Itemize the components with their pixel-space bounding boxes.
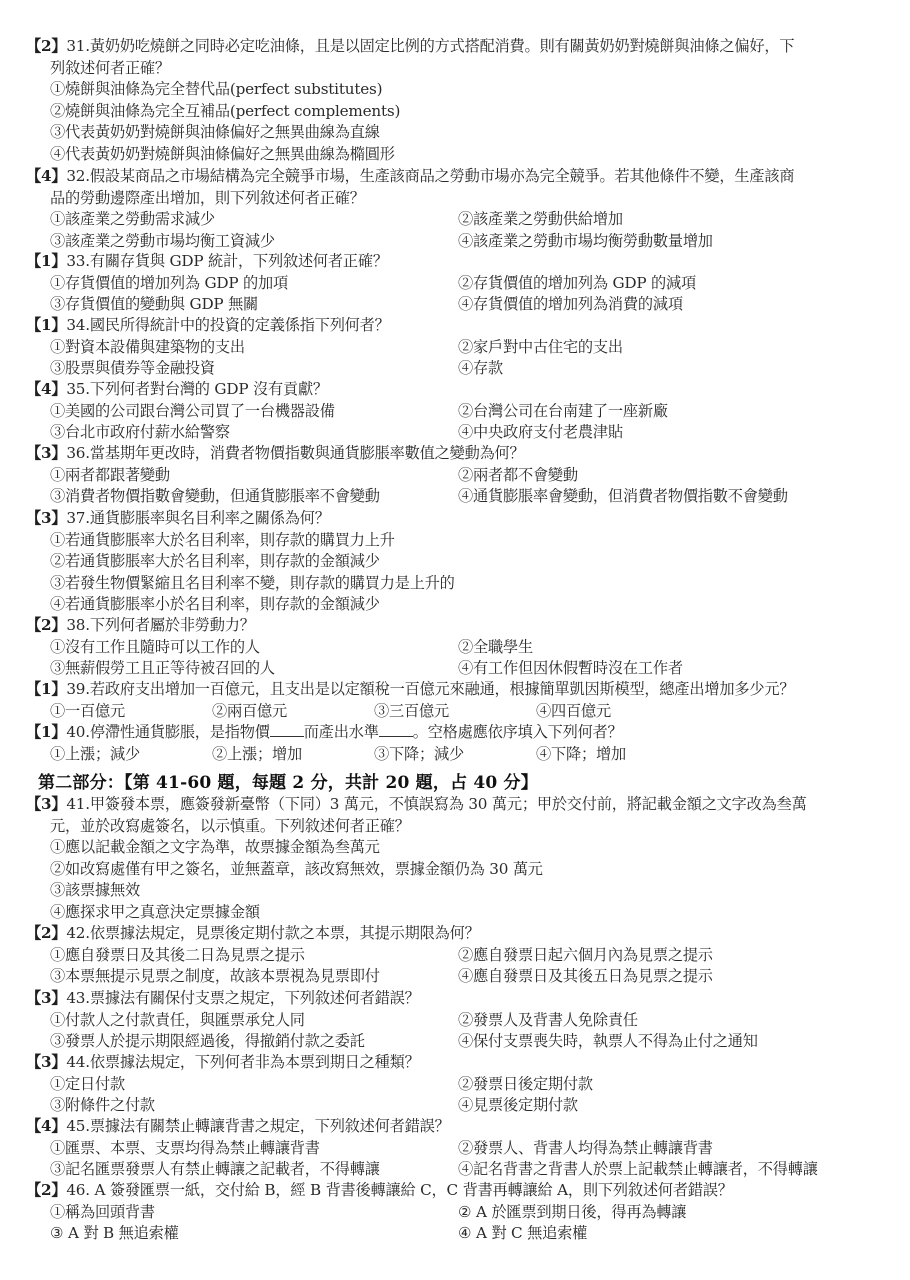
- question-stem: 46. A 簽發匯票一紙，交付給 B，經 B 背書後轉讓給 C，C 背書再轉讓給…: [66, 1181, 732, 1199]
- question-stem-continued: 元，並於改寫處簽名，以示慎重。下列敘述何者正確？: [26, 816, 896, 838]
- option-3: ③本票無提示見票之制度，故該本票視為見票即付: [50, 966, 458, 988]
- question-stem: 41.甲簽發本票，應簽發新臺幣（下同）3 萬元，不慎誤寫為 30 萬元；甲於交付…: [66, 795, 806, 813]
- question-40: 【1】40.停滯性通貨膨脹，是指物價而產出水準。空格處應依序填入下列何者？ ①上…: [26, 722, 896, 765]
- option-4: ④下降；增加: [536, 744, 698, 766]
- question-44: 【3】44.依票據法規定，下列何者非為本票到期日之種類？ ①定日付款 ②發票日後…: [26, 1052, 896, 1117]
- option-1: ①應以記載金額之文字為準，故票據金額為叁萬元: [26, 837, 896, 859]
- option-2: ②兩百億元: [212, 701, 374, 723]
- question-stem: 42.依票據法規定，見票後定期付款之本票，其提示期限為何？: [66, 924, 479, 942]
- answer-key: 【3】: [26, 1053, 66, 1071]
- option-4: ④該產業之勞動市場均衡勞動數量增加: [458, 231, 878, 253]
- option-1: ①該產業之勞動需求減少: [50, 209, 458, 231]
- option-3: ③股票與債券等金融投資: [50, 358, 458, 380]
- answer-key: 【3】: [26, 795, 66, 813]
- question-stem: 33.有關存貨與 GDP 統計，下列敘述何者正確？: [66, 252, 388, 270]
- option-1: ①沒有工作且隨時可以工作的人: [50, 637, 458, 659]
- option-2: ②燒餅與油條為完全互補品(perfect complements): [26, 101, 896, 123]
- option-1: ①美國的公司跟台灣公司買了一台機器設備: [50, 401, 458, 423]
- option-4: ④應自發票日及其後五日為見票之提示: [458, 966, 878, 988]
- option-4: ④四百億元: [536, 701, 698, 723]
- answer-key: 【3】: [26, 509, 66, 527]
- option-3: ③下降；減少: [374, 744, 536, 766]
- answer-key: 【3】: [26, 444, 66, 462]
- question-stem: 34.國民所得統計中的投資的定義係指下列何者？: [66, 316, 389, 334]
- question-stem: 37.通貨膨脹率與名目利率之關係為何？: [66, 509, 329, 527]
- answer-key: 【1】: [26, 723, 66, 741]
- option-2: ②發票人、背書人均得為禁止轉讓背書: [458, 1138, 878, 1160]
- option-2: ②家戶對中古住宅的支出: [458, 337, 878, 359]
- option-2: ②全職學生: [458, 637, 878, 659]
- option-3: ③三百億元: [374, 701, 536, 723]
- question-45: 【4】45.票據法有關禁止轉讓背書之規定，下列敘述何者錯誤？ ①匯票、本票、支票…: [26, 1116, 896, 1181]
- answer-key: 【1】: [26, 316, 66, 334]
- question-36: 【3】36.當基期年更改時，消費者物價指數與通貨膨脹率數值之變動為何？ ①兩者都…: [26, 443, 896, 508]
- option-2: ② A 於匯票到期日後，得再為轉讓: [458, 1202, 878, 1224]
- option-4: ④記名背書之背書人於票上記載禁止轉讓者，不得轉讓: [458, 1159, 878, 1181]
- option-3: ③附條件之付款: [50, 1095, 458, 1117]
- option-1: ①定日付款: [50, 1074, 458, 1096]
- question-35: 【4】35.下列何者對台灣的 GDP 沒有貢獻？ ①美國的公司跟台灣公司買了一台…: [26, 379, 896, 444]
- option-4: ④存貨價值的增加列為消費的減項: [458, 294, 878, 316]
- question-stem-part-b: 而產出水準: [304, 723, 379, 741]
- section-two-heading: 第二部分：【第 41-60 題，每題 2 分，共計 20 題，占 40 分】: [38, 768, 538, 793]
- option-3: ③記名匯票發票人有禁止轉讓之記載者，不得轉讓: [50, 1159, 458, 1181]
- option-4: ④ A 對 C 無追索權: [458, 1223, 878, 1245]
- option-1: ①稱為回頭背書: [50, 1202, 458, 1224]
- option-1: ①兩者都跟著變動: [50, 465, 458, 487]
- option-2: ②兩者都不會變動: [458, 465, 878, 487]
- question-38: 【2】38.下列何者屬於非勞動力？ ①沒有工作且隨時可以工作的人 ②全職學生 ③…: [26, 615, 896, 680]
- question-stem: 43.票據法有關保付支票之規定，下列敘述何者錯誤？: [66, 989, 419, 1007]
- option-3: ③台北市政府付薪水給警察: [50, 422, 458, 444]
- option-3: ③發票人於提示期限經過後，得撤銷付款之委託: [50, 1031, 458, 1053]
- option-2: ②該產業之勞動供給增加: [458, 209, 878, 231]
- question-stem: 32.假設某商品之市場結構為完全競爭市場，生產該商品之勞動市場亦為完全競爭。若其…: [66, 167, 794, 185]
- option-4: ④若通貨膨脹率小於名目利率，則存款的金額減少: [26, 594, 896, 616]
- option-4: ④通貨膨脹率會變動，但消費者物價指數不會變動: [458, 486, 878, 508]
- option-1: ①一百億元: [50, 701, 212, 723]
- option-2: ②應自發票日起六個月內為見票之提示: [458, 945, 878, 967]
- question-stem-continued: 品的勞動邊際產出增加，則下列敘述何者正確？: [26, 188, 896, 210]
- question-stem: 39.若政府支出增加一百億元，且支出是以定額稅一百億元來融通，根據簡單凱因斯模型…: [66, 680, 794, 698]
- option-2: ②存貨價值的增加列為 GDP 的減項: [458, 273, 878, 295]
- option-1: ①匯票、本票、支票均得為禁止轉讓背書: [50, 1138, 458, 1160]
- answer-key: 【2】: [26, 1181, 66, 1199]
- question-42: 【2】42.依票據法規定，見票後定期付款之本票，其提示期限為何？ ①應自發票日及…: [26, 923, 896, 988]
- question-39: 【1】39.若政府支出增加一百億元，且支出是以定額稅一百億元來融通，根據簡單凱因…: [26, 679, 896, 722]
- option-3: ③該票據無效: [26, 880, 896, 902]
- question-37: 【3】37.通貨膨脹率與名目利率之關係為何？ ①若通貨膨脹率大於名目利率，則存款…: [26, 508, 896, 616]
- option-2: ②台灣公司在台南建了一座新廠: [458, 401, 878, 423]
- question-stem: 35.下列何者對台灣的 GDP 沒有貢獻？: [66, 380, 328, 398]
- option-4: ④應探求甲之真意決定票據金額: [26, 902, 896, 924]
- option-1: ①對資本設備與建築物的支出: [50, 337, 458, 359]
- question-stem: 31.黃奶奶吃燒餅之同時必定吃油條，且是以固定比例的方式搭配消費。則有關黃奶奶對…: [66, 37, 794, 55]
- fill-blank-1: [270, 722, 304, 737]
- option-3: ③ A 對 B 無追索權: [50, 1223, 458, 1245]
- answer-key: 【3】: [26, 989, 66, 1007]
- question-32: 【4】32.假設某商品之市場結構為完全競爭市場，生產該商品之勞動市場亦為完全競爭…: [26, 166, 896, 252]
- option-2: ②發票人及背書人免除責任: [458, 1010, 878, 1032]
- answer-key: 【1】: [26, 680, 66, 698]
- option-3: ③若發生物價緊縮且名目利率不變，則存款的購買力是上升的: [26, 573, 896, 595]
- question-stem: 36.當基期年更改時，消費者物價指數與通貨膨脹率數值之變動為何？: [66, 444, 524, 462]
- option-4: ④存款: [458, 358, 878, 380]
- option-1: ①付款人之付款責任，與匯票承兌人同: [50, 1010, 458, 1032]
- question-stem-part-c: 。空格處應依序填入下列何者？: [413, 723, 623, 741]
- option-3: ③代表黃奶奶對燒餅與油條偏好之無異曲線為直線: [26, 122, 896, 144]
- question-stem: 45.票據法有關禁止轉讓背書之規定，下列敘述何者錯誤？: [66, 1117, 449, 1135]
- option-1: ①燒餅與油條為完全替代品(perfect substitutes): [26, 79, 896, 101]
- question-34: 【1】34.國民所得統計中的投資的定義係指下列何者？ ①對資本設備與建築物的支出…: [26, 315, 896, 380]
- question-33: 【1】33.有關存貨與 GDP 統計，下列敘述何者正確？ ①存貨價值的增加列為 …: [26, 251, 896, 316]
- answer-key: 【2】: [26, 616, 66, 634]
- question-46: 【2】46. A 簽發匯票一紙，交付給 B，經 B 背書後轉讓給 C，C 背書再…: [26, 1180, 896, 1245]
- option-4: ④有工作但因休假暫時沒在工作者: [458, 658, 878, 680]
- question-stem: 38.下列何者屬於非勞動力？: [66, 616, 254, 634]
- answer-key: 【2】: [26, 37, 66, 55]
- option-1: ①應自發票日及其後二日為見票之提示: [50, 945, 458, 967]
- option-3: ③存貨價值的變動與 GDP 無關: [50, 294, 458, 316]
- answer-key: 【4】: [26, 1117, 66, 1135]
- option-2: ②如改寫處僅有甲之簽名，並無蓋章，該改寫無效，票據金額仍為 30 萬元: [26, 859, 896, 881]
- option-1: ①若通貨膨脹率大於名目利率，則存款的購買力上升: [26, 530, 896, 552]
- option-2: ②發票日後定期付款: [458, 1074, 878, 1096]
- option-4: ④保付支票喪失時，執票人不得為止付之通知: [458, 1031, 878, 1053]
- option-4: ④中央政府支付老農津貼: [458, 422, 878, 444]
- answer-key: 【1】: [26, 252, 66, 270]
- question-43: 【3】43.票據法有關保付支票之規定，下列敘述何者錯誤？ ①付款人之付款責任，與…: [26, 988, 896, 1053]
- answer-key: 【2】: [26, 924, 66, 942]
- question-41: 【3】41.甲簽發本票，應簽發新臺幣（下同）3 萬元，不慎誤寫為 30 萬元；甲…: [26, 794, 896, 924]
- option-1: ①存貨價值的增加列為 GDP 的加項: [50, 273, 458, 295]
- option-4: ④見票後定期付款: [458, 1095, 878, 1117]
- fill-blank-2: [379, 722, 413, 737]
- option-3: ③該產業之勞動市場均衡工資減少: [50, 231, 458, 253]
- option-3: ③無薪假勞工且正等待被召回的人: [50, 658, 458, 680]
- option-4: ④代表黃奶奶對燒餅與油條偏好之無異曲線為橢圓形: [26, 144, 896, 166]
- option-3: ③消費者物價指數會變動，但通貨膨脹率不會變動: [50, 486, 458, 508]
- answer-key: 【4】: [26, 167, 66, 185]
- question-stem-part-a: 40.停滯性通貨膨脹，是指物價: [66, 723, 269, 741]
- question-31: 【2】31.黃奶奶吃燒餅之同時必定吃油條，且是以固定比例的方式搭配消費。則有關黃…: [26, 36, 896, 166]
- option-2: ②若通貨膨脹率大於名目利率，則存款的金額減少: [26, 551, 896, 573]
- answer-key: 【4】: [26, 380, 66, 398]
- option-2: ②上漲；增加: [212, 744, 374, 766]
- exam-page: 【2】31.黃奶奶吃燒餅之同時必定吃油條，且是以固定比例的方式搭配消費。則有關黃…: [0, 0, 910, 1280]
- question-stem: 44.依票據法規定，下列何者非為本票到期日之種類？: [66, 1053, 419, 1071]
- question-stem-continued: 列敘述何者正確？: [26, 58, 896, 80]
- option-1: ①上漲；減少: [50, 744, 212, 766]
